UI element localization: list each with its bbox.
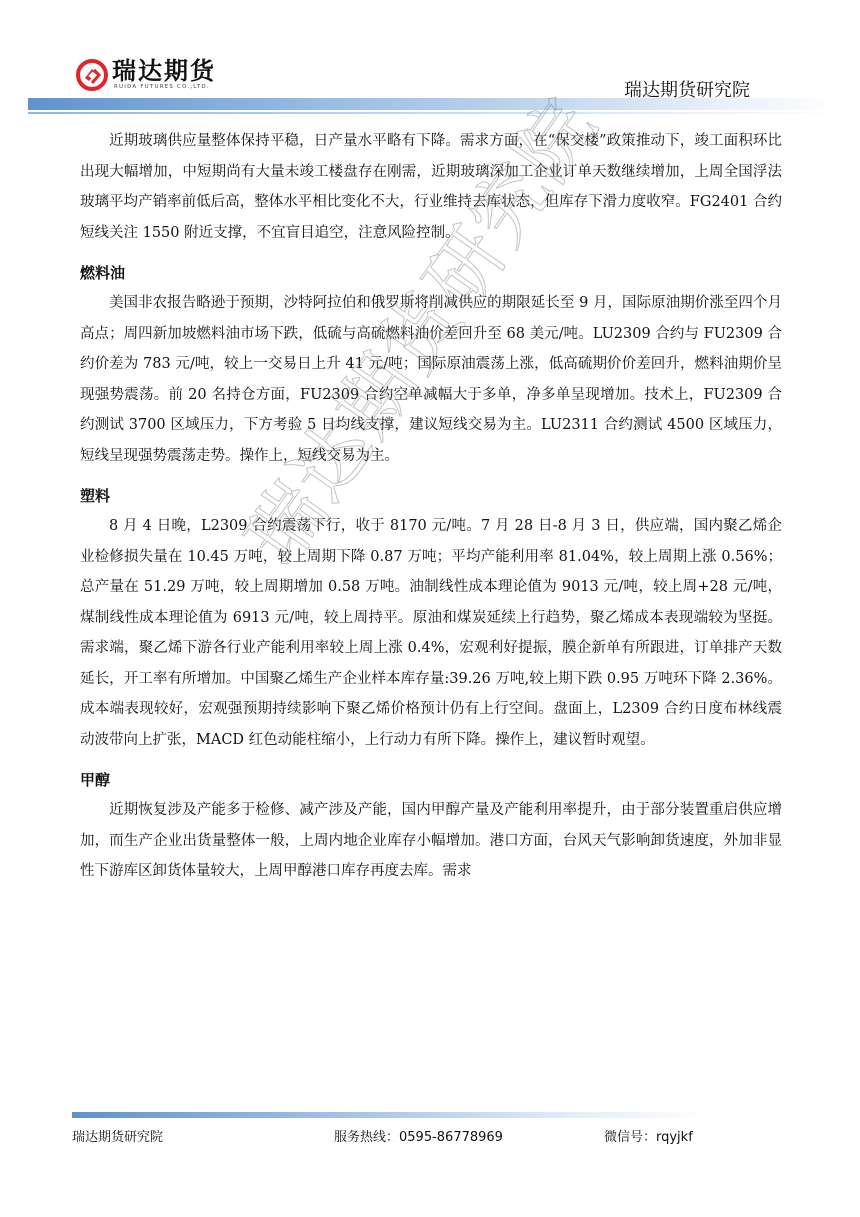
methanol-paragraph: 近期恢复涉及产能多于检修、减产涉及产能，国内甲醇产量及产能利用率提升，由于部分装… — [80, 795, 782, 887]
page-header: 瑞达期货 RUIDA FUTURES CO.,LTD. 瑞达期货研究院 — [0, 0, 860, 120]
footer-hotline: 服务热线：0595-86778969 — [334, 1126, 503, 1145]
logo-chinese-name: 瑞达期货 — [112, 58, 216, 84]
header-divider — [28, 112, 840, 114]
section-title-methanol: 甲醇 — [80, 765, 782, 795]
plastics-paragraph: 8 月 4 日晚，L2309 合约震荡下行，收于 8170 元/吨。7 月 28… — [80, 511, 782, 755]
footer-wechat: 微信号：rqyjkf — [604, 1126, 693, 1145]
header-gradient-bar — [28, 98, 840, 110]
footer-org: 瑞达期货研究院 — [72, 1126, 163, 1145]
document-body: 近期玻璃供应量整体保持平稳，日产量水平略有下降。需求方面，在“保交楼”政策推动下… — [80, 126, 782, 887]
section-title-plastics: 塑料 — [80, 481, 782, 511]
glass-paragraph: 近期玻璃供应量整体保持平稳，日产量水平略有下降。需求方面，在“保交楼”政策推动下… — [80, 126, 782, 248]
footer-gradient-bar — [72, 1112, 708, 1118]
fuel-oil-paragraph: 美国非农报告略逊于预期，沙特阿拉伯和俄罗斯将削减供应的期限延长至 9 月，国际原… — [80, 288, 782, 471]
logo-english-name: RUIDA FUTURES CO.,LTD. — [114, 84, 216, 91]
ruida-logo-icon — [76, 59, 108, 91]
section-title-fuel-oil: 燃料油 — [80, 258, 782, 288]
company-logo: 瑞达期货 RUIDA FUTURES CO.,LTD. — [76, 58, 216, 91]
